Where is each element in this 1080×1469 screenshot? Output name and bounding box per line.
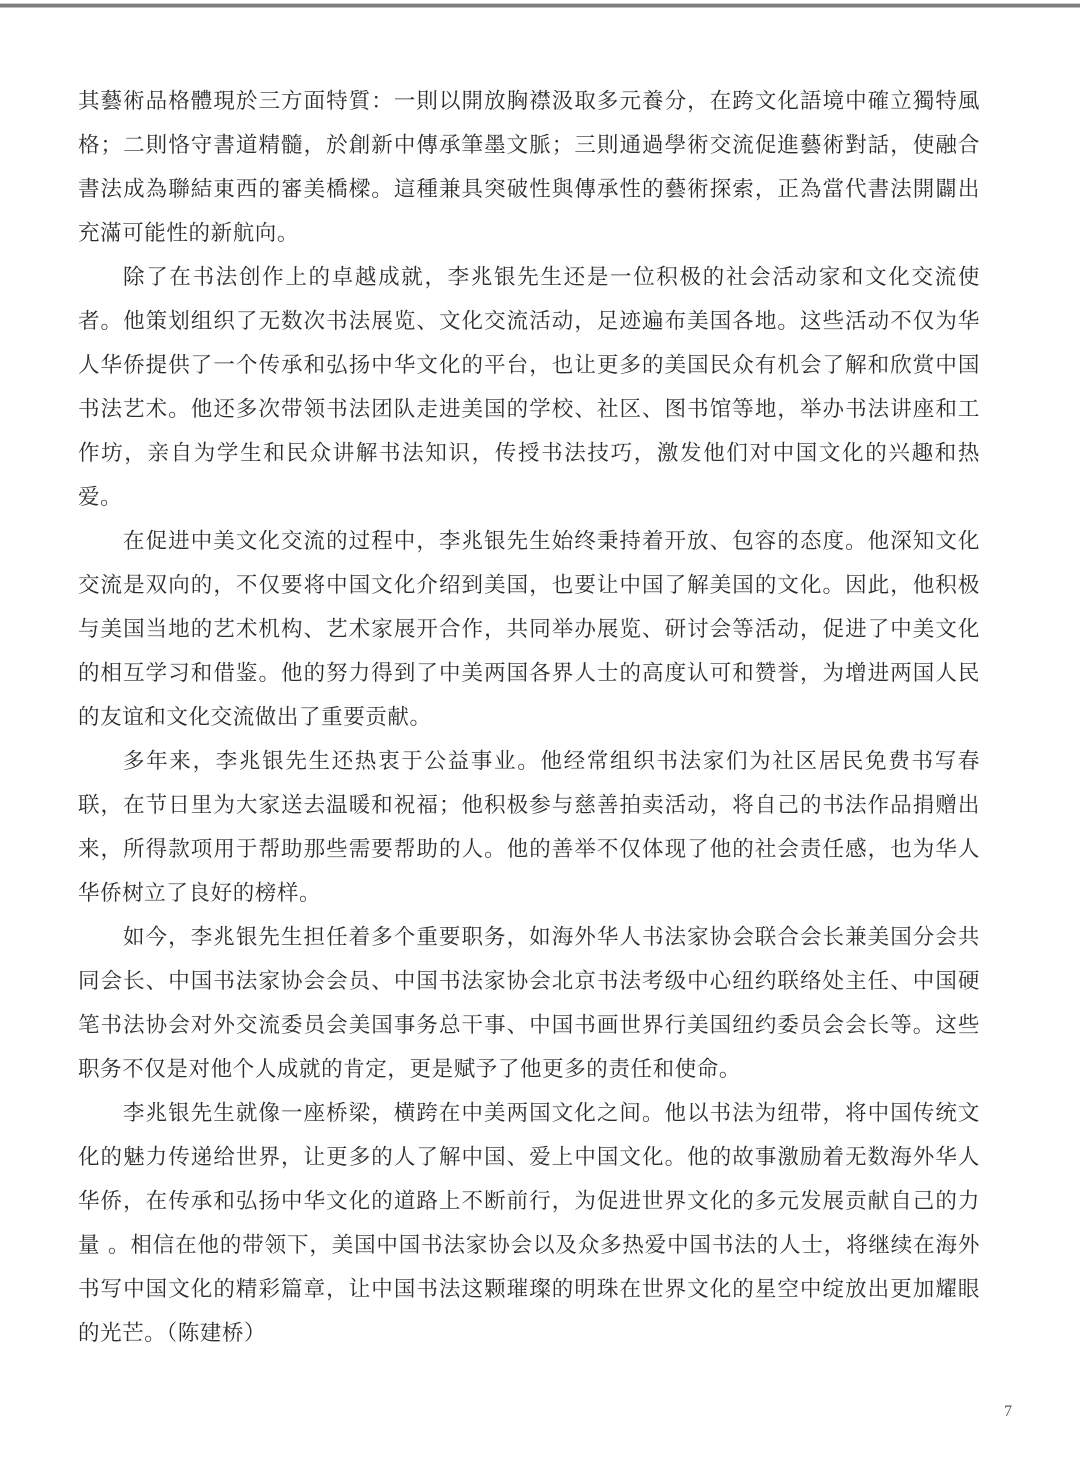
paragraph-cultural-exchange: 在促进中美文化交流的过程中，李兆银先生始终秉持着开放、包容的态度。他深知文化交流… (78, 520, 980, 740)
page-number: 7 (1004, 1403, 1012, 1421)
paragraph-public-welfare: 多年来，李兆银先生还热衷于公益事业。他经常组织书法家们为社区居民免费书写春联，在… (78, 740, 980, 916)
page-top-border (0, 4, 1080, 7)
paragraph-conclusion: 李兆银先生就像一座桥梁，横跨在中美两国文化之间。他以书法为纽带，将中国传统文化的… (78, 1092, 980, 1356)
paragraph-social-activities: 除了在书法创作上的卓越成就，李兆银先生还是一位积极的社会活动家和文化交流使者。他… (78, 256, 980, 520)
paragraph-artistic-qualities: 其藝術品格體現於三方面特質：一則以開放胸襟汲取多元養分，在跨文化語境中確立獨特風… (78, 80, 980, 256)
paragraph-positions: 如今，李兆银先生担任着多个重要职务，如海外华人书法家协会联合会长兼美国分会共同会… (78, 916, 980, 1092)
document-page-body: 其藝術品格體現於三方面特質：一則以開放胸襟汲取多元養分，在跨文化語境中確立獨特風… (78, 80, 980, 1356)
